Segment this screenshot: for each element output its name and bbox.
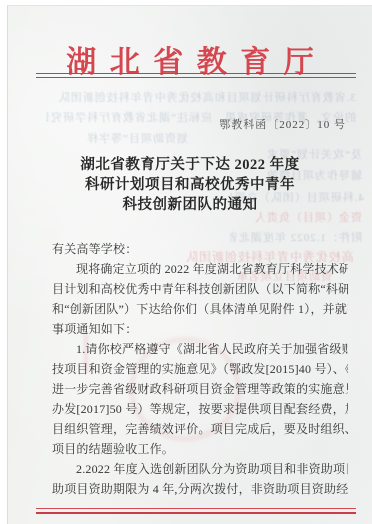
body-line: 进一步完善省级财政科研项目资金管理等政策的实施意见》（鄂: [52, 379, 348, 399]
body-line: 办发[2017]50 号）等规定，按要求提供项目配套经费，加强项: [52, 399, 348, 419]
title-line: 湖北省教育厅关于下达 2022 年度: [8, 155, 372, 175]
body-line: 技项目和资金管理的实施意见》（鄂政发[2015]40 号）、《关于: [52, 359, 348, 379]
body-line: 目计划和高校优秀中青年科技创新团队（以下简称“科研项目”: [52, 279, 348, 299]
doc-number: 鄂教科函〔2022〕10 号: [219, 116, 346, 132]
salutation: 有关高等学校：: [52, 239, 348, 259]
body-line: 项目的结题验收工作。: [52, 439, 348, 459]
body-line: 事项通知如下：: [52, 319, 348, 339]
header-double-rule: [36, 73, 356, 78]
bleed-through-text: 3.省教育厅科研计划项目和高校优秀中青年科技创新团队: [46, 89, 356, 105]
body-line: 1.请你校严格遵守《湖北省人民政府关于加强省级财政科: [52, 339, 348, 359]
scanned-document: 3.省教育厅科研计划项目和高校优秀中青年科技创新团队 的论文、著作等研究成果，应…: [0, 0, 372, 524]
bleed-through-text: 划资助项目”等字样: [38, 130, 188, 146]
title-line: 科技创新团队的通知: [8, 195, 372, 215]
paper-sheet: 3.省教育厅科研计划项目和高校优秀中青年科技创新团队 的论文、著作等研究成果，应…: [7, 5, 372, 524]
footer-double-rule: [36, 508, 356, 514]
body-line: 2.2022 年度入选创新团队分为资助项目和非资助项目，资: [52, 459, 348, 479]
body-line: 助项目资助期限为 4 年,分两次拨付，非资助项目资助经费由单: [52, 479, 348, 499]
body-line: 现将确定立项的 2022 年度湖北省教育厅科学技术研究项: [52, 259, 348, 279]
title-line: 科研计划项目和高校优秀中青年: [8, 175, 372, 195]
body-line: 和“创新团队”）下达给你们（具体清单见附件 1），并就有关: [52, 299, 348, 319]
document-title: 湖北省教育厅关于下达 2022 年度 科研计划项目和高校优秀中青年 科技创新团队…: [8, 155, 372, 215]
document-body: 有关高等学校： 现将确定立项的 2022 年度湖北省教育厅科学技术研究项 目计划…: [52, 239, 348, 499]
body-line: 目组织管理，完善绩效评价。项目完成后，要及时组织、督促: [52, 419, 348, 439]
